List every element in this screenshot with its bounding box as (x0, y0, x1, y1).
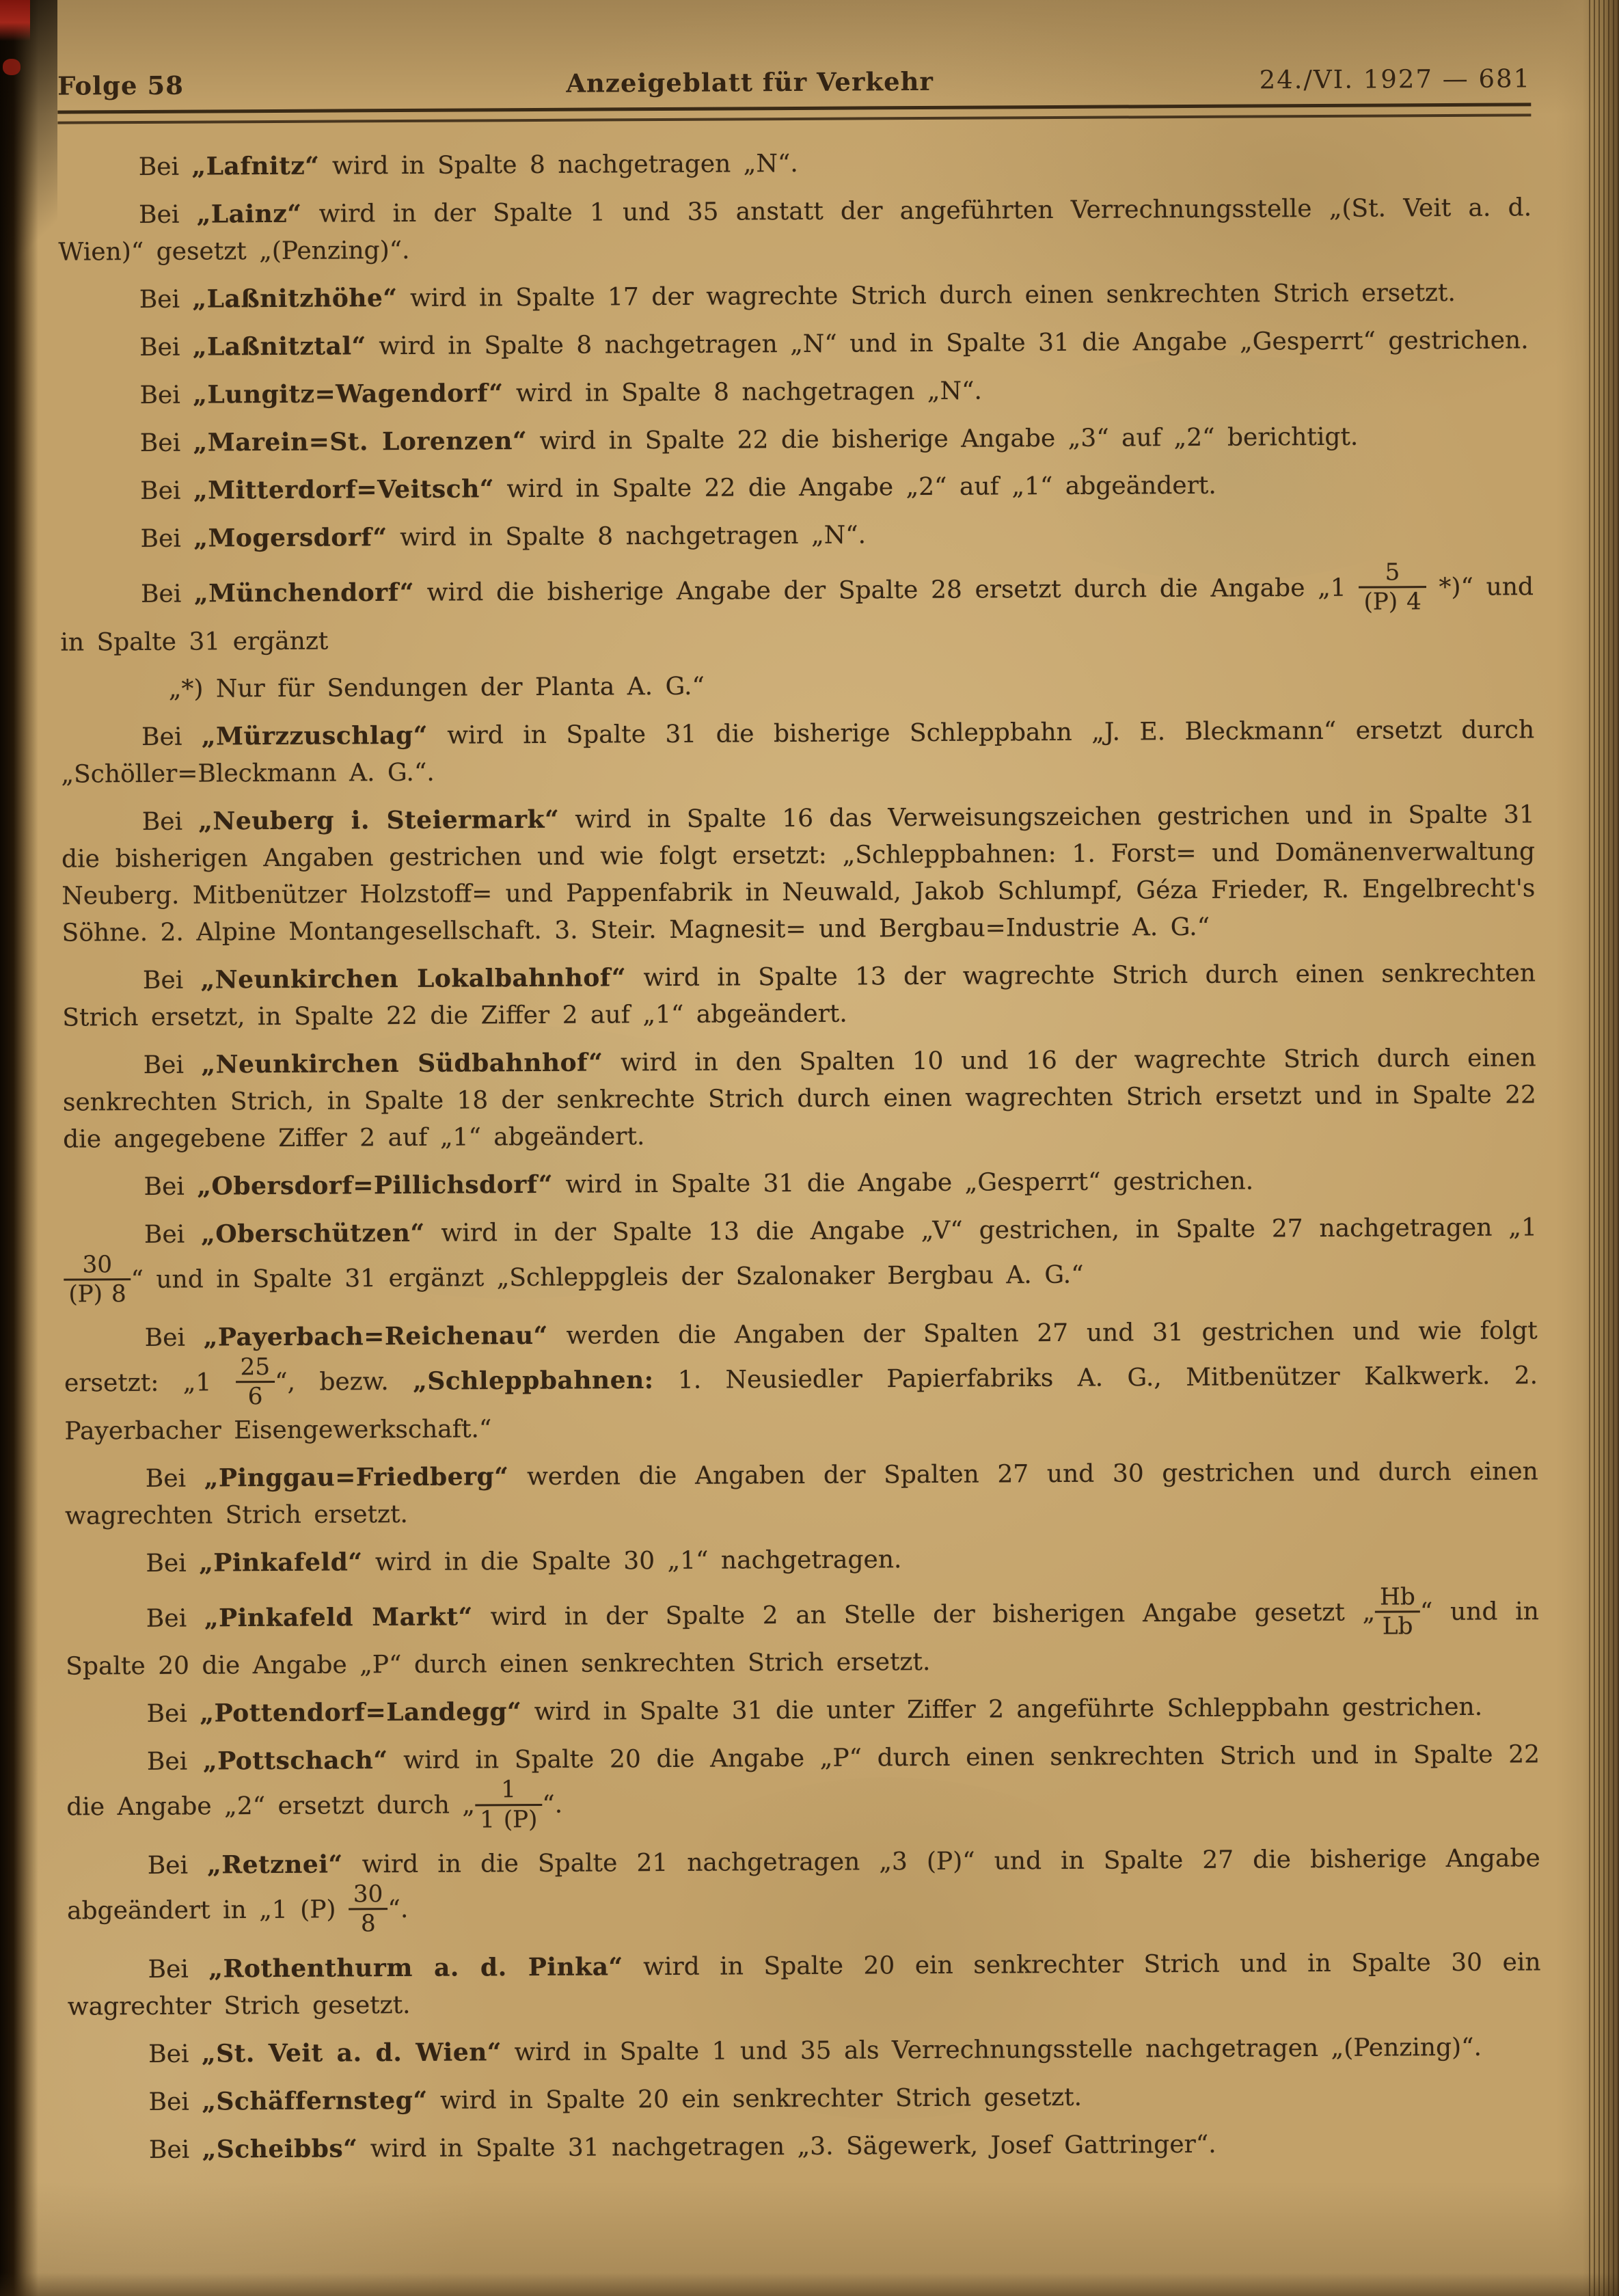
text-run: Bei (139, 153, 192, 181)
fraction-numerator: 5 (1359, 559, 1426, 589)
text-run: Bei (140, 477, 193, 505)
text-run: wird in Spalte 20 ein senkrechter Strich… (428, 2083, 1083, 2114)
fraction-denominator: Lb (1375, 1612, 1420, 1640)
paragraph: Bei „Pinkafeld Markt“ wird in der Spalte… (66, 1585, 1540, 1686)
station-name: „Laßnitzhöhe“ (192, 284, 397, 314)
inline-fraction: HbLb (1375, 1584, 1420, 1640)
station-name: „Obersdorf=Pillichsdorf“ (197, 1170, 553, 1200)
paragraph: Bei „Schäffernsteg“ wird in Spalte 20 ei… (68, 2076, 1541, 2121)
paragraph: Bei „Laßnitztal“ wird in Spalte 8 nachge… (59, 321, 1532, 366)
text-run: Bei (149, 2135, 202, 2163)
paragraph: Bei „Oberschützen“ wird in der Spalte 13… (64, 1208, 1538, 1310)
inline-fraction: 256 (235, 1354, 275, 1410)
station-name: „Lafnitz“ (191, 152, 319, 181)
text-run: Bei (141, 722, 202, 751)
station-name: „Münchendorf“ (194, 578, 414, 608)
fraction-numerator: 30 (64, 1252, 131, 1281)
station-name: „Scheibbs“ (202, 2134, 358, 2163)
text-run: wird in Spalte 22 die Angabe „2“ auf „1“… (494, 472, 1216, 504)
text-run: Bei (143, 966, 201, 994)
text-run: wird in der Spalte 13 die Angabe „V“ ges… (425, 1213, 1538, 1247)
text-run: “. (542, 1791, 562, 1819)
inline-fraction: 308 (349, 1881, 388, 1937)
header-double-rule (57, 103, 1531, 124)
page-title: Anzeigeblatt für Verkehr (351, 65, 1148, 99)
text-run: Bei (146, 1549, 199, 1577)
binding-edge-shadow (0, 0, 38, 2296)
station-name: „Lungitz=Wagendorf“ (193, 379, 504, 409)
text-run: Bei (146, 1604, 204, 1632)
station-name: „Mitterdorf=Veitsch“ (193, 474, 494, 504)
paragraph: Bei „Laßnitzhöhe“ wird in Spalte 17 der … (59, 273, 1532, 319)
fraction-denominator: (P) 4 (1359, 588, 1426, 615)
paragraph: Bei „Marein=St. Lorenzen“ wird in Spalte… (59, 417, 1533, 462)
station-name: „Schleppbahnen: (413, 1366, 654, 1396)
page-content: Folge 58 Anzeigeblatt für Verkehr 24./VI… (57, 63, 1542, 2179)
text-run: Bei (139, 334, 193, 362)
text-run: wird in Spalte 8 nachgetragen „N“. (387, 521, 867, 552)
text-run: “, bezw. (275, 1368, 413, 1396)
station-name: „Mürzzuschlag“ (202, 720, 428, 751)
inline-fraction: 11 (P) (475, 1777, 543, 1833)
text-run: Bei (148, 2088, 202, 2116)
page-header: Folge 58 Anzeigeblatt für Verkehr 24./VI… (57, 63, 1531, 100)
paragraph: Bei „Mürzzuschlag“ wird in Spalte 31 die… (61, 711, 1535, 793)
text-run: “ und in Spalte 31 ergänzt „Schleppgleis… (131, 1260, 1083, 1293)
paragraph: Bei „Rothenthurm a. d. Pinka“ wird in Sp… (67, 1943, 1541, 2025)
fraction-denominator: 8 (349, 1910, 388, 1937)
text-run: “. (387, 1895, 408, 1923)
text-run: „*) Nur für Sendungen der Planta A. G.“ (169, 672, 705, 703)
station-name: „St. Veit a. d. Wien“ (202, 2038, 502, 2068)
paragraph: Bei „Retznei“ wird in die Spalte 21 nach… (67, 1839, 1541, 1941)
paragraph: Bei „Pottendorf=Landegg“ wird in Spalte … (66, 1688, 1539, 1733)
text-run: Bei (139, 286, 193, 314)
text-run: Bei (145, 1324, 204, 1352)
fraction-denominator: 6 (236, 1383, 275, 1410)
text-run: wird in Spalte 17 der wagrechte Strich d… (397, 279, 1455, 312)
page-stack-edge-lines (1589, 0, 1619, 2296)
station-name: „Pinkafeld Markt“ (204, 1602, 473, 1632)
paragraph: Bei „Lungitz=Wagendorf“ wird in Spalte 8… (59, 369, 1532, 414)
inline-fraction: 5(P) 4 (1359, 559, 1426, 615)
red-corner-mark (0, 0, 30, 41)
text-run: Bei (146, 1464, 204, 1492)
station-name: „Marein=St. Lorenzen“ (193, 427, 527, 457)
text-run: Bei (148, 1955, 208, 1983)
paragraph: Bei „Lafnitz“ wird in Spalte 8 nachgetra… (58, 141, 1532, 186)
text-run: wird in Spalte 8 nachgetragen „N“ und in… (366, 326, 1529, 360)
binding-edge-shadow-top (0, 0, 57, 314)
station-name: „Pottschach“ (203, 1746, 388, 1776)
paragraph: Bei „Lainz“ wird in der Spalte 1 und 35 … (58, 189, 1532, 271)
paragraph: Bei „Obersdorf=Pillichsdorf“ wird in Spa… (63, 1161, 1536, 1206)
text-run: wird in Spalte 22 die bisherige Angabe „… (527, 423, 1358, 455)
paragraph: Bei „Pinkafeld“ wird in die Spalte 30 „1… (65, 1537, 1538, 1582)
text-run: Bei (144, 1220, 201, 1248)
text-run: Bei (140, 429, 193, 457)
scanned-page: Folge 58 Anzeigeblatt für Verkehr 24./VI… (0, 0, 1619, 2296)
station-name: „Laßnitztal“ (193, 332, 366, 361)
paragraph: Bei „Mogersdorf“ wird in Spalte 8 nachge… (59, 513, 1533, 558)
station-name: „Payerbach=Reichenau“ (204, 1321, 548, 1352)
station-name: „Pinggau=Friedberg“ (204, 1462, 509, 1492)
station-name: „Neuberg i. Steiermark“ (198, 805, 559, 835)
station-name: „Pinkafeld“ (199, 1548, 363, 1577)
paragraph: Bei „Mitterdorf=Veitsch“ wird in Spalte … (59, 465, 1533, 510)
text-run: wird in Spalte 31 nachgetragen „3. Sägew… (357, 2130, 1216, 2163)
text-run: Bei (148, 2040, 202, 2068)
text-run: Bei (148, 1852, 208, 1880)
text-run: Bei (140, 525, 193, 553)
fraction-numerator: Hb (1375, 1584, 1420, 1613)
footnote-paragraph: „*) Nur für Sendungen der Planta A. G.“ (61, 664, 1534, 708)
station-name: „Oberschützen“ (201, 1218, 425, 1248)
text-run: wird in Spalte 31 die unter Ziffer 2 ang… (521, 1693, 1482, 1726)
red-corner-mark (3, 59, 21, 75)
paragraph: Bei „Neunkirchen Lokalbahnhof“ wird in S… (62, 954, 1536, 1036)
fraction-numerator: 1 (475, 1777, 543, 1806)
station-name: „Neunkirchen Südbahnhof“ (201, 1048, 603, 1079)
inline-fraction: 30(P) 8 (64, 1252, 131, 1308)
station-name: „Pottendorf=Landegg“ (200, 1697, 521, 1727)
text-run: Bei (146, 1700, 200, 1728)
text-run: wird in Spalte 31 die Angabe „Gesperrt“ … (553, 1167, 1253, 1198)
text-run: Bei (144, 1172, 197, 1200)
issue-number: Folge 58 (57, 69, 351, 100)
station-name: „Neunkirchen Lokalbahnhof“ (200, 963, 626, 994)
paragraph: Bei „Pottschach“ wird in Spalte 20 die A… (66, 1736, 1540, 1837)
text-run: Bei (147, 1748, 203, 1776)
paragraph: Bei „Neunkirchen Südbahnhof“ wird in den… (62, 1039, 1536, 1158)
text-run: wird in Spalte 8 nachgetragen „N“. (503, 377, 982, 408)
fraction-numerator: 30 (349, 1881, 388, 1910)
text-run: Bei (139, 201, 197, 229)
station-name: „Mogersdorf“ (193, 523, 387, 552)
text-run: wird die bisherige Angabe der Spalte 28 … (414, 573, 1359, 606)
text-run: wird in Spalte 1 und 35 als Verrechnungs… (502, 2033, 1482, 2066)
paragraph: Bei „Münchendorf“ wird die bisherige Ang… (60, 561, 1534, 661)
text-run: wird in Spalte 8 nachgetragen „N“. (319, 150, 798, 180)
fraction-numerator: 25 (235, 1354, 275, 1383)
bottom-edge-shadow (0, 2273, 1619, 2296)
paragraph: Bei „St. Veit a. d. Wien“ wird in Spalte… (68, 2028, 1541, 2073)
document-body: Bei „Lafnitz“ wird in Spalte 8 nachgetra… (58, 141, 1542, 2169)
paragraph: Bei „Pinggau=Friedberg“ werden die Angab… (65, 1453, 1539, 1535)
paragraph: Bei „Scheibbs“ wird in Spalte 31 nachget… (68, 2124, 1542, 2169)
paragraph: Bei „Neuberg i. Steiermark“ wird in Spal… (62, 796, 1536, 951)
text-run: wird in der Spalte 2 an Stelle der bishe… (473, 1598, 1376, 1631)
text-run: Bei (144, 1051, 202, 1079)
fraction-denominator: 1 (P) (475, 1806, 543, 1833)
station-name: „Rothenthurm a. d. Pinka“ (208, 1952, 623, 1983)
text-run: Bei (141, 580, 194, 608)
fraction-denominator: (P) 8 (64, 1280, 131, 1308)
text-run: wird in die Spalte 30 „1“ nachgetragen. (362, 1545, 901, 1576)
paragraph: Bei „Payerbach=Reichenau“ werden die Ang… (64, 1312, 1538, 1450)
text-run: Bei (142, 807, 199, 835)
date-and-page: 24./VI. 1927 — 681 (1148, 64, 1531, 95)
text-run: Bei (139, 381, 193, 409)
station-name: „Lainz“ (197, 200, 302, 229)
station-name: „Retznei“ (207, 1850, 343, 1879)
station-name: „Schäffernsteg“ (202, 2085, 428, 2116)
